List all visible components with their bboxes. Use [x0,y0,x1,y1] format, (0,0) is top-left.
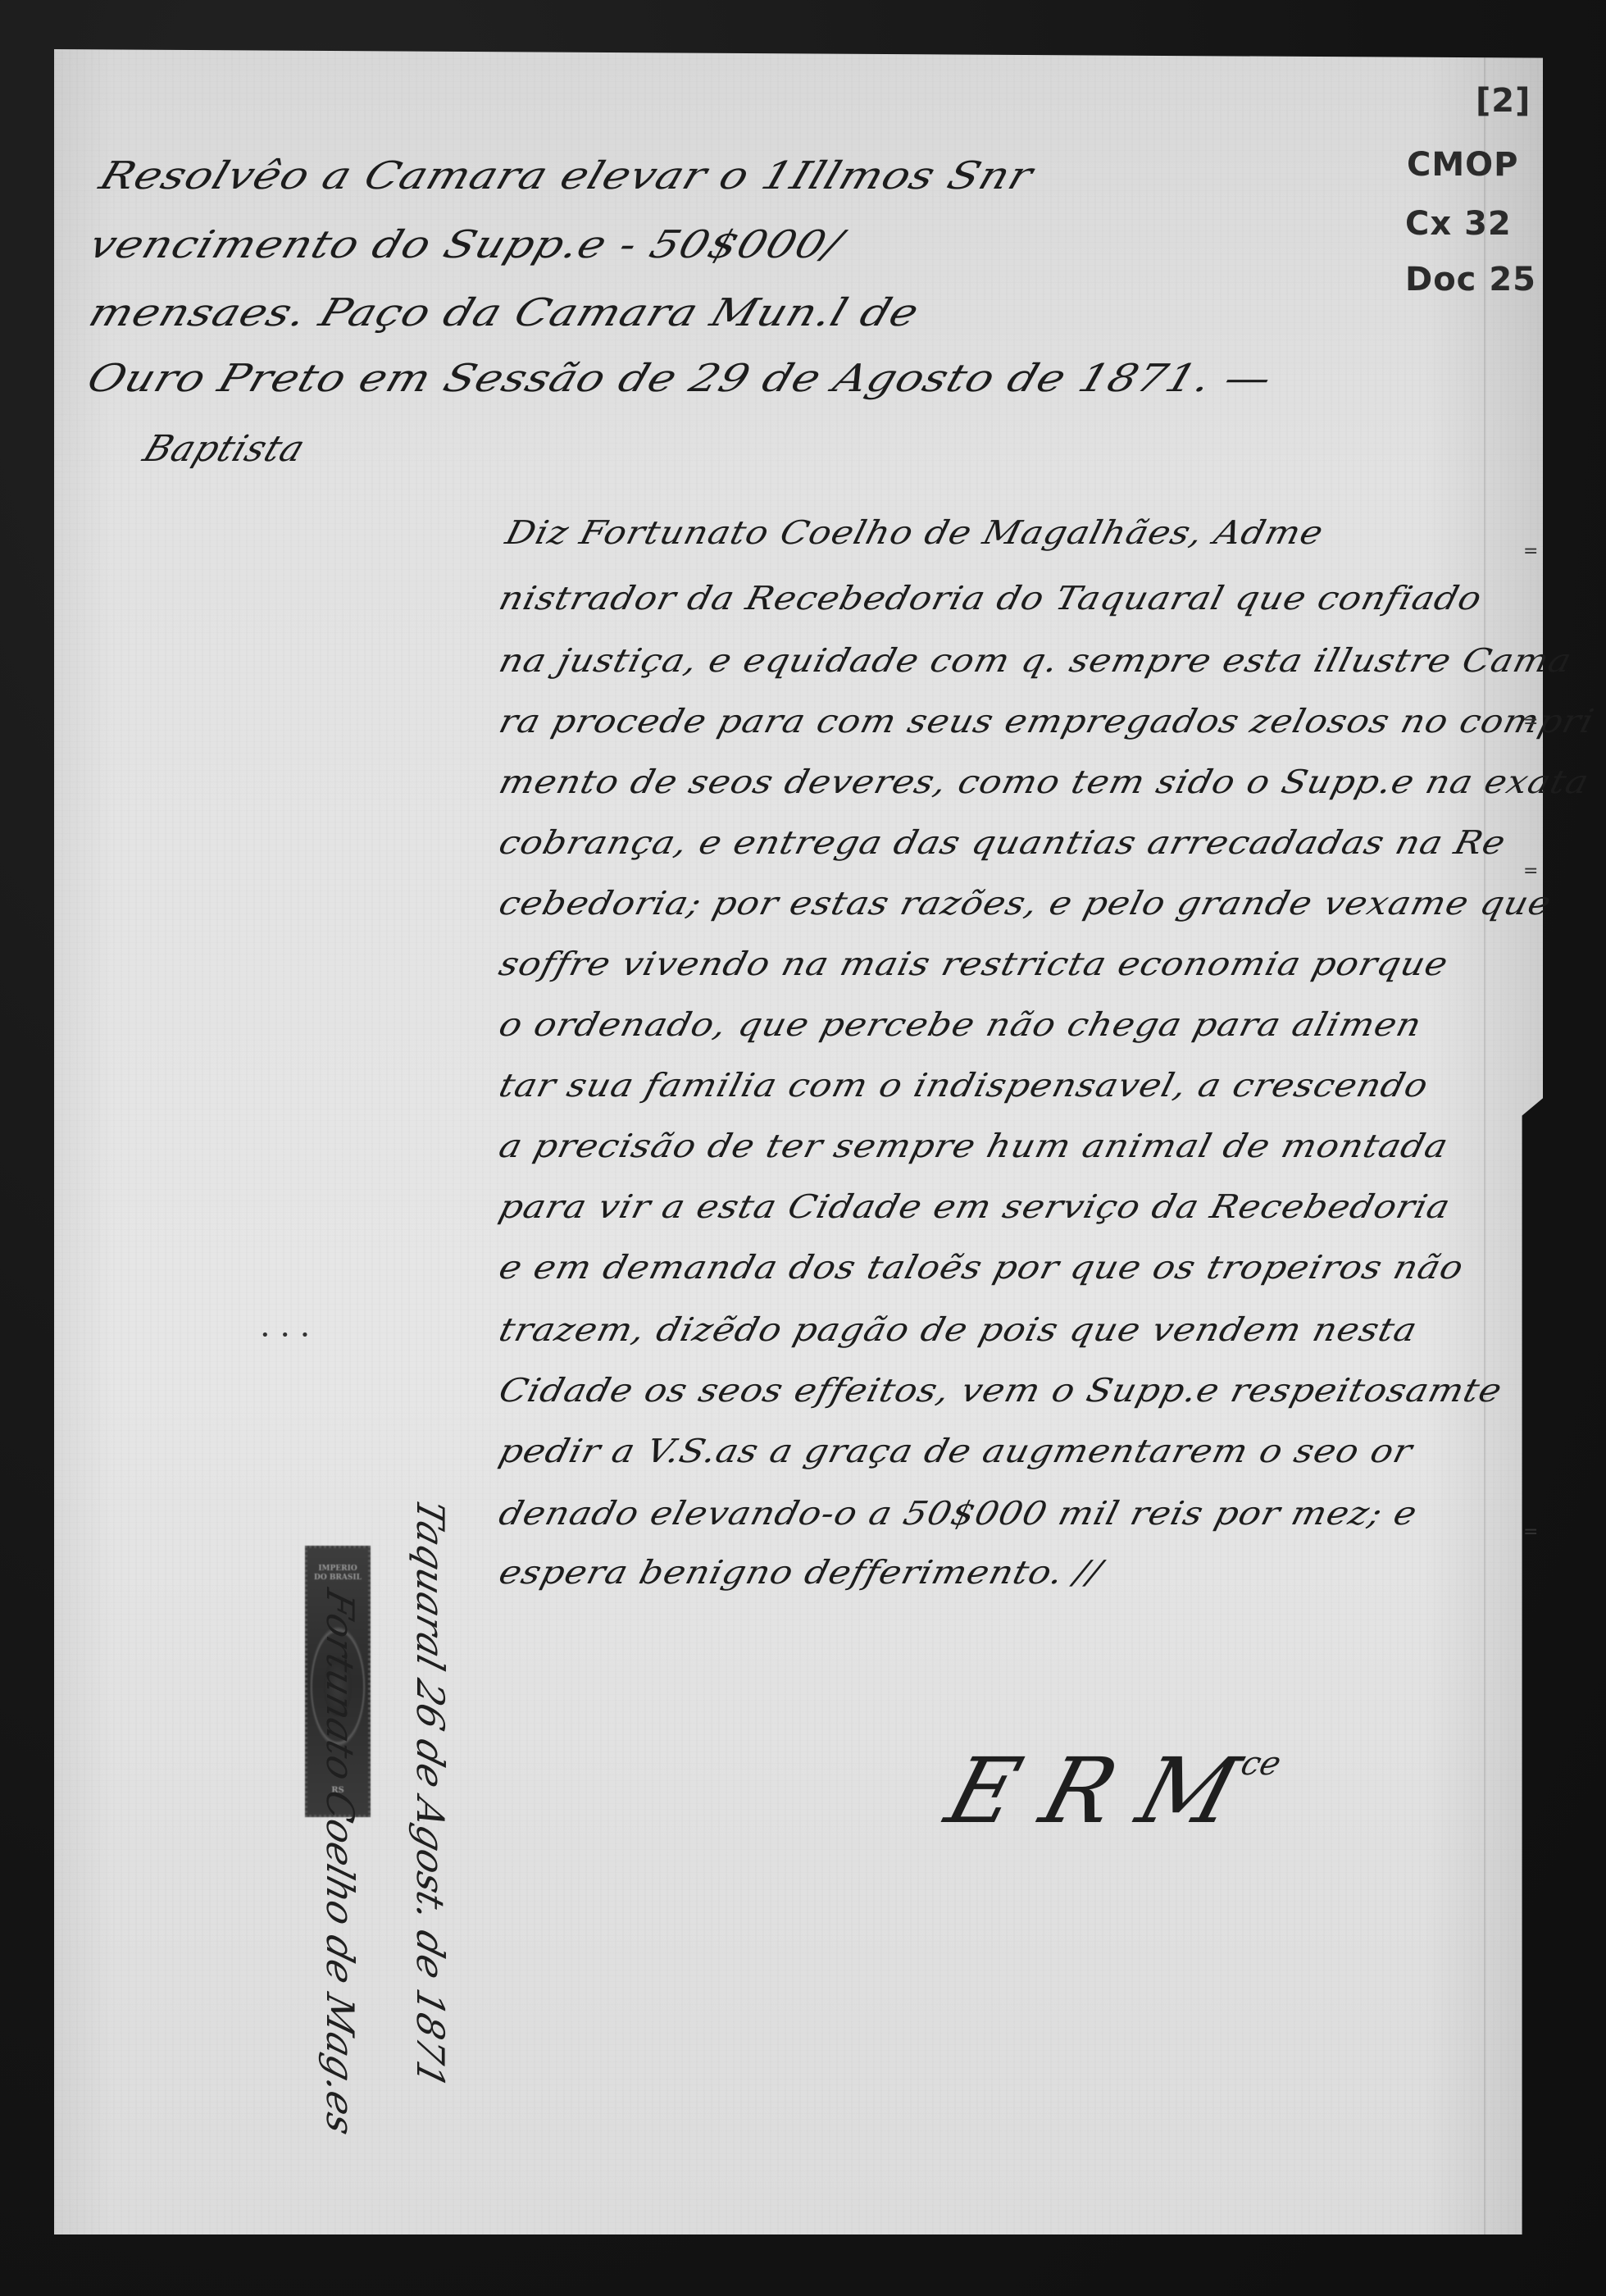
petition-line-4: ra procede para com seus empregados zelo… [495,703,1598,740]
petition-line-16: pedir a V.S.as a graça de augmentarem o … [495,1433,1417,1470]
petition-line-15: Cidade os seos effeitos, vem o Supp.e re… [495,1372,1506,1410]
archive-box-number: Cx 32 [1405,205,1512,243]
hyphen-mark: = [1523,541,1538,562]
closing-signature-text: E R M [936,1738,1249,1843]
archive-page-number: [2] [1476,82,1531,120]
margin-note-line-2: Fortunato Coelho de Mag.es [295,1487,385,2147]
petition-line-3: na justiça, e equidade com q. sempre est… [495,642,1576,680]
resolution-signature: Baptista [138,428,312,470]
margin-ink-marks: • • • [261,1327,312,1344]
resolution-line-3: mensaes. Paço da Camara Mun.l de [84,290,925,335]
page-fold-line [1484,49,1485,2234]
margin-note-line-1: Taquaral 26 de Agost. de 1871 [385,1487,475,2147]
hyphen-mark: = [1523,712,1538,732]
archive-collection-code: CMOP [1407,146,1518,184]
petition-line-12: para vir a esta Cidade em serviço da Rec… [495,1188,1454,1226]
closing-signature: E R Mce [936,1738,1287,1843]
resolution-line-1: Resolvêo a Camara elevar o 1Illmos Snr [94,153,1039,198]
petition-line-17: denado elevando-o a 50$000 mil reis por … [495,1495,1422,1533]
rotated-margin-note: Taquaral 26 de Agost. de 1871 Fortunato … [295,1501,475,2134]
resolution-line-4: Ouro Preto em Sessão de 29 de Agosto de … [82,356,1278,400]
resolution-line-2: vencimento do Supp.e - 50$000/ [84,222,848,266]
petition-line-7: cebedoria; por estas razões, e pelo gran… [495,885,1555,922]
petition-line-8: soffre vivendo na mais restricta economi… [495,945,1452,983]
petition-line-10: tar sua familia com o indispensavel, a c… [495,1067,1432,1105]
hyphen-mark: = [1523,861,1538,881]
petition-line-1: Diz Fortunato Coelho de Magalhães, Adme [502,514,1327,552]
petition-line-13: e em demanda dos taloẽs por que os trope… [495,1249,1467,1287]
petition-line-9: o ordenado, que percebe não chega para a… [495,1006,1426,1044]
hyphen-mark: = [1523,1522,1538,1542]
archive-document-number: Doc 25 [1405,261,1536,298]
petition-line-5: mento de seos deveres, como tem sido o S… [495,763,1593,801]
petition-line-18: espera benigno defferimento. // [495,1554,1106,1592]
petition-line-14: trazem, dizẽdo pagão de pois que vendem … [495,1311,1422,1349]
petition-line-11: a precisão de ter sempre hum animal de m… [495,1127,1453,1165]
petition-line-2: nistrador da Recebedoria do Taquaral que… [495,580,1486,617]
petition-line-6: cobrança, e entrega das quantias arrecad… [495,824,1510,862]
